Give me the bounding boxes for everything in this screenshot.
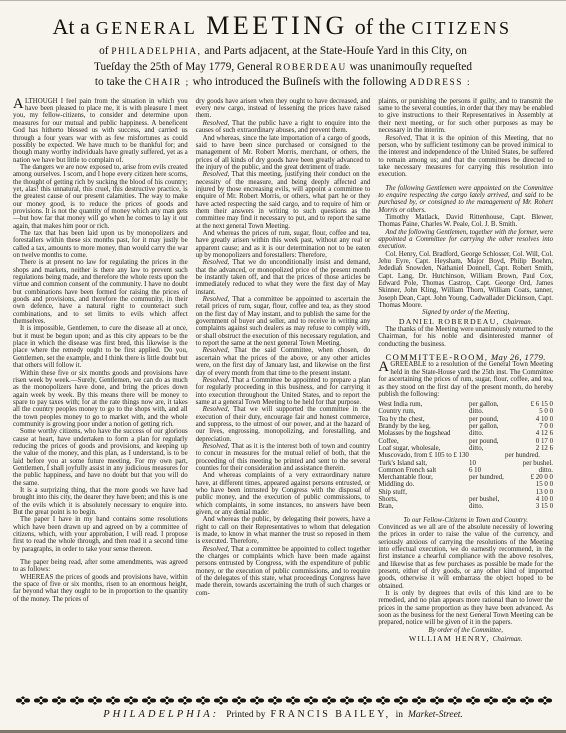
subtitle-1-rest: and Parts adjacent, at the State-Houſe Y…	[202, 45, 467, 57]
paragraph-text: It is a surprizing thing, that the more …	[13, 487, 188, 516]
price-item: West India rum,	[378, 401, 467, 408]
price-item: Loaf sugar, wholesale,	[378, 445, 467, 452]
paragraph: DANIEL ROBERDEAU, Chairman.	[378, 318, 553, 326]
price-row: Country rum,ditto.5 0 0	[378, 408, 553, 415]
imprint-line: PHILADELPHIA:Printed byFRANCIS BAILEY,in…	[13, 709, 553, 720]
price-row: Tea by the chest,per pound,4 10 0	[378, 416, 553, 423]
price-amount: 3 15 0	[519, 503, 553, 510]
price-unit: ditto.	[469, 503, 517, 510]
title-word-general: GENERAL	[96, 18, 198, 38]
price-item: Middling do.	[378, 481, 517, 488]
price-item: Country rum,	[378, 408, 467, 415]
signature-name: DANIEL ROBERDEAU,	[399, 317, 503, 326]
price-row: Middling do.15 0 0	[378, 481, 553, 488]
price-item: Tea by the chest,	[378, 416, 467, 423]
paragraph-text: plaints, or punishing the persons if gui…	[378, 98, 553, 134]
price-row: Coffee,per pound,0 17 0	[378, 438, 553, 445]
paragraph: Signed by order of the Meeting,	[378, 309, 553, 316]
paragraph: Resolved, That it is the opinion of this…	[378, 135, 553, 179]
paragraph: The thanks of the Meeting were unanimous…	[378, 326, 553, 348]
paragraph: It is impossible, Gentlemen, to cure the…	[13, 325, 188, 369]
price-amount: 5 0 0	[519, 408, 553, 415]
paragraph-text: Some worthy citizens, who have the succe…	[13, 428, 188, 486]
title-word-citizens: CITIZENS	[411, 18, 511, 38]
paragraph: It is only by degrees that evils of this…	[378, 590, 553, 627]
paragraph: It is a surprizing thing, that the more …	[13, 487, 188, 516]
price-item: Common French salt	[378, 467, 467, 474]
paragraph: WHEREAS the prices of goods and provisio…	[13, 574, 188, 603]
address-caps: ADDRESS :	[409, 78, 471, 88]
price-unit: 10	[469, 460, 517, 467]
paragraph-text: WHEREAS the prices of goods and provisio…	[13, 574, 188, 603]
paragraph: To our Fellow-Citizens in Town and Count…	[378, 517, 553, 524]
paragraph-text: That a committee be appointed to collect…	[196, 546, 371, 597]
paragraph: WILLIAM HENRY, Chairman.	[378, 635, 553, 643]
price-unit: per bushel,	[469, 496, 517, 503]
subtitle-1-text: of	[99, 45, 111, 57]
title-word-of-the: of the	[355, 14, 406, 39]
paragraph-text: The thanks of the Meeting were unanimous…	[378, 326, 553, 348]
paragraph-lead: Resolved,	[203, 406, 230, 413]
subtitle-2-text: Tueſday the 25th of May 1779, General	[94, 61, 276, 73]
price-row: Molasses by the hogsheadditto.4 12 6	[378, 430, 553, 437]
imprint-city: PHILADELPHIA:	[103, 709, 219, 720]
price-row: West India rum,per gallon,£ 6 15 0	[378, 401, 553, 408]
price-unit: per pound,	[469, 416, 517, 423]
price-row: Common French salt6 10ditto.	[378, 467, 553, 474]
paragraph: Col. Henry, Col. Bradford, George Schlos…	[378, 251, 553, 310]
committee-room-intro-text: GREEABLE to a resolution of the General …	[378, 361, 553, 397]
philadelphia-caps: PHILADELPHIA,	[111, 47, 201, 57]
paragraph-lead: Resolved,	[203, 443, 230, 450]
price-unit: per hundred.	[505, 452, 553, 459]
paragraph-text: dry goods have arisen when they ought to…	[196, 98, 371, 120]
price-amount: 13 0 0	[519, 489, 553, 496]
paragraph-text: Col. Henry, Col. Bradford, George Schlos…	[378, 251, 553, 309]
price-unit: per pound,	[469, 438, 517, 445]
paragraph: Resolved, That we will supported the com…	[196, 406, 371, 443]
paragraph: Timothy Matlack, David Rittenhouse, Capt…	[378, 214, 553, 229]
paragraph: Resolved, That this meeting, justifying …	[196, 171, 371, 230]
column-2: dry goods have arisen when they ought to…	[196, 98, 371, 687]
price-unit: 6 10	[469, 467, 517, 474]
price-row: Brandy by the keg,per gallon,7 0 0	[378, 423, 553, 430]
committee-room-intro: AGREEABLE to a resolution of the General…	[378, 361, 553, 398]
column-3-address: To our Fellow-Citizens in Town and Count…	[378, 517, 553, 644]
price-amount: 4 10 0	[519, 416, 553, 423]
price-amount: 7 0 0	[519, 423, 553, 430]
paragraph: Within these five or six months goods an…	[13, 370, 188, 429]
paragraph: And the following Gentlemen, together wi…	[378, 229, 553, 251]
paragraph-text: By order of the Committee,	[428, 627, 503, 634]
price-unit: ditto.	[469, 430, 517, 437]
paragraph: Some worthy citizens, who have the succe…	[13, 428, 188, 487]
column-3: plaints, or punishing the persons if gui…	[378, 98, 553, 687]
price-amount: £ 6 15 0	[519, 401, 553, 408]
chair-caps: CHAIR ;	[145, 78, 190, 88]
price-row: Loaf sugar, wholesale,ditto,2 12 6	[378, 445, 553, 452]
paragraph: The paper being read, after some amendme…	[13, 559, 188, 574]
paragraph-lead: Resolved,	[203, 347, 230, 354]
price-unit: per gallon,	[469, 401, 517, 408]
paragraph-lead: Resolved,	[203, 546, 230, 553]
title-word-meeting: MEETING	[206, 11, 347, 40]
paragraph: And whereas the public, by delegating th…	[196, 516, 371, 545]
price-item: Merchantable flour,	[378, 474, 467, 481]
price-item: Brandy by the keg,	[378, 423, 467, 430]
signature-role: Chairman.	[493, 636, 523, 643]
paragraph: The tax that has been laid upon us by mo…	[13, 230, 188, 259]
drop-cap: A	[13, 98, 23, 111]
imprint-in-word: in	[396, 710, 403, 720]
paragraph: And whereas the prices of rum, sugar, fl…	[196, 230, 371, 259]
price-amount: 2 12 6	[519, 445, 553, 452]
price-amount: 15 0 0	[519, 481, 553, 488]
paragraph: plaints, or punishing the persons if gui…	[378, 98, 553, 135]
paragraph: Resolved, That the said Committee, when …	[196, 347, 371, 376]
text-columns: ALTHOUGH I feel pain from the situation …	[13, 98, 553, 687]
subtitle-3-text: to take the	[95, 76, 145, 88]
paragraph-text: That it is the opinion of this Meeting, …	[378, 135, 553, 179]
paragraph-text: That a committee be appointed to ascerta…	[196, 296, 371, 347]
paragraph-lead: Resolved,	[203, 296, 230, 303]
paragraph-text: And whereas, since the late importation …	[196, 135, 371, 171]
subtitle-2-rest: was unanimouſly requeſted	[347, 61, 472, 73]
paragraph: Resolved, That a committee be appointed …	[196, 296, 371, 347]
title-line: At a GENERAL MEETING of the CITIZENS	[13, 11, 553, 41]
price-row: Merchantable flour,per hundred,£ 20 0 0	[378, 474, 553, 481]
broadside-page: At a GENERAL MEETING of the CITIZENS of …	[0, 0, 566, 733]
paragraph-lead: Resolved,	[203, 377, 230, 384]
price-item: Ship stuff,	[378, 489, 517, 496]
price-row: Muscovado, from £ 105 to £ 130per hundre…	[378, 452, 553, 459]
title-word-at-a: At a	[53, 14, 90, 39]
price-amount: 4 12 6	[519, 430, 553, 437]
drop-cap: A	[378, 361, 388, 374]
price-unit: ditto.	[469, 408, 517, 415]
price-row: Shorts,per bushel,4 10 0	[378, 496, 553, 503]
paragraph-lead: Resolved,	[385, 135, 412, 142]
paragraph-text: There is at present no law for regulatin…	[13, 259, 188, 325]
paragraph: And whereas complaints of a very extraor…	[196, 472, 371, 516]
roberdeau-caps: ROBERDEAU	[276, 63, 347, 73]
price-row: Bran,ditto.3 15 0	[378, 503, 553, 510]
paragraph-text: The following Gentlemen were appointed o…	[378, 185, 553, 214]
price-amount: 4 10 0	[519, 496, 553, 503]
price-item: Bran,	[378, 503, 467, 510]
price-item: Muscovado, from £ 105 to £ 130	[378, 452, 503, 459]
column-3-resolves: plaints, or punishing the persons if gui…	[378, 98, 553, 348]
paragraph-lead: Resolved,	[203, 171, 230, 178]
paragraph: By order of the Committee,	[378, 627, 553, 634]
price-amount: £ 20 0 0	[519, 474, 553, 481]
paragraph-text: It is only by degrees that evils of this…	[378, 590, 553, 626]
signature-name: WILLIAM HENRY,	[409, 634, 493, 643]
paragraph-text: The tax that has been laid upon us by mo…	[13, 230, 188, 259]
price-amount: per bushel.	[519, 460, 553, 467]
paragraph: Convinced as we all are of the absolute …	[378, 524, 553, 590]
subtitle-line-2: Tueſday the 25th of May 1779, General RO…	[13, 60, 553, 76]
price-item: Shorts,	[378, 496, 467, 503]
imprint-street: Market-Street.	[408, 710, 463, 720]
subtitle-line-1: of PHILADELPHIA, and Parts adjacent, at …	[13, 44, 553, 60]
paragraph: There is at present no law for regulatin…	[13, 259, 188, 325]
paragraph-text: The paper being read, after some amendme…	[13, 559, 188, 573]
paragraph-text: That this meeting, justifying their cond…	[196, 171, 371, 229]
imprint-printed-by: Printed by	[226, 710, 265, 720]
price-item: Coffee,	[378, 438, 467, 445]
subtitle-3-mid: who introduced the Buſineſs with the fol…	[190, 76, 410, 88]
price-unit: ditto,	[469, 445, 517, 452]
paragraph-text: To our Fellow-Citizens in Town and Count…	[403, 517, 528, 524]
paragraph-text: And whereas complaints of a very extraor…	[196, 472, 371, 516]
paragraph: ALTHOUGH I feel pain from the situation …	[13, 98, 188, 164]
price-table: West India rum,per gallon,£ 6 15 0 Count…	[378, 401, 553, 510]
paragraph: Resolved, That we do unconditionally ins…	[196, 259, 371, 296]
paragraph-text: And whereas the prices of rum, sugar, fl…	[196, 230, 371, 259]
paragraph-text: The paper I have in my hand contains som…	[13, 516, 188, 552]
paragraph-text: Within these five or six months goods an…	[13, 370, 188, 428]
paragraph: Resolved, That a committee be appointed …	[196, 546, 371, 597]
paragraph-text: It is impossible, Gentlemen, to cure the…	[13, 325, 188, 369]
price-unit: per gallon,	[469, 423, 517, 430]
paragraph: Resolved, That as it is the interest bot…	[196, 443, 371, 472]
paragraph-lead: Resolved,	[203, 120, 230, 127]
paragraph: And whereas, since the late importation …	[196, 135, 371, 172]
paragraph: The following Gentlemen were appointed o…	[378, 185, 553, 214]
paragraph: dry goods have arisen when they ought to…	[196, 98, 371, 120]
paragraph-text: Timothy Matlack, David Rittenhouse, Capt…	[378, 214, 553, 228]
paragraph-text: The dangers we are now exposed to, arise…	[13, 164, 188, 230]
imprint-printer-name: FRANCIS BAILEY,	[271, 709, 391, 720]
signature-role: Chairman.	[503, 319, 533, 326]
price-amount: 0 17 0	[519, 438, 553, 445]
subtitle-line-3: to take the CHAIR ; who introduced the B…	[13, 75, 553, 91]
paragraph-lead: Resolved,	[203, 259, 230, 266]
price-row: Turk's Island salt,10per bushel.	[378, 460, 553, 467]
ornament-band	[14, 696, 552, 705]
price-row: Ship stuff,13 0 0	[378, 489, 553, 496]
paragraph-text: And the following Gentlemen, together wi…	[378, 229, 553, 251]
paragraph: The dangers we are now exposed to, arise…	[13, 164, 188, 230]
price-unit: per hundred,	[469, 474, 517, 481]
masthead: At a GENERAL MEETING of the CITIZENS of …	[13, 5, 553, 96]
paragraph: The paper I have in my hand contains som…	[13, 516, 188, 553]
paragraph-text: LTHOUGH I feel pain from the situation i…	[13, 98, 188, 164]
paragraph-text: Convinced as we all are of the absolute …	[378, 524, 553, 590]
column-1: ALTHOUGH I feel pain from the situation …	[13, 98, 188, 687]
paragraph: Resolved, That the public have a right t…	[196, 120, 371, 135]
paragraph-text: Signed by order of the Meeting,	[422, 309, 509, 316]
price-item: Molasses by the hogshead	[378, 430, 467, 437]
paragraph: Resolved, That a Committee be appointed …	[196, 377, 371, 406]
paragraph-text: And whereas the public, by delegating th…	[196, 516, 371, 545]
price-item: Turk's Island salt,	[378, 460, 467, 467]
price-amount: ditto.	[519, 467, 553, 474]
